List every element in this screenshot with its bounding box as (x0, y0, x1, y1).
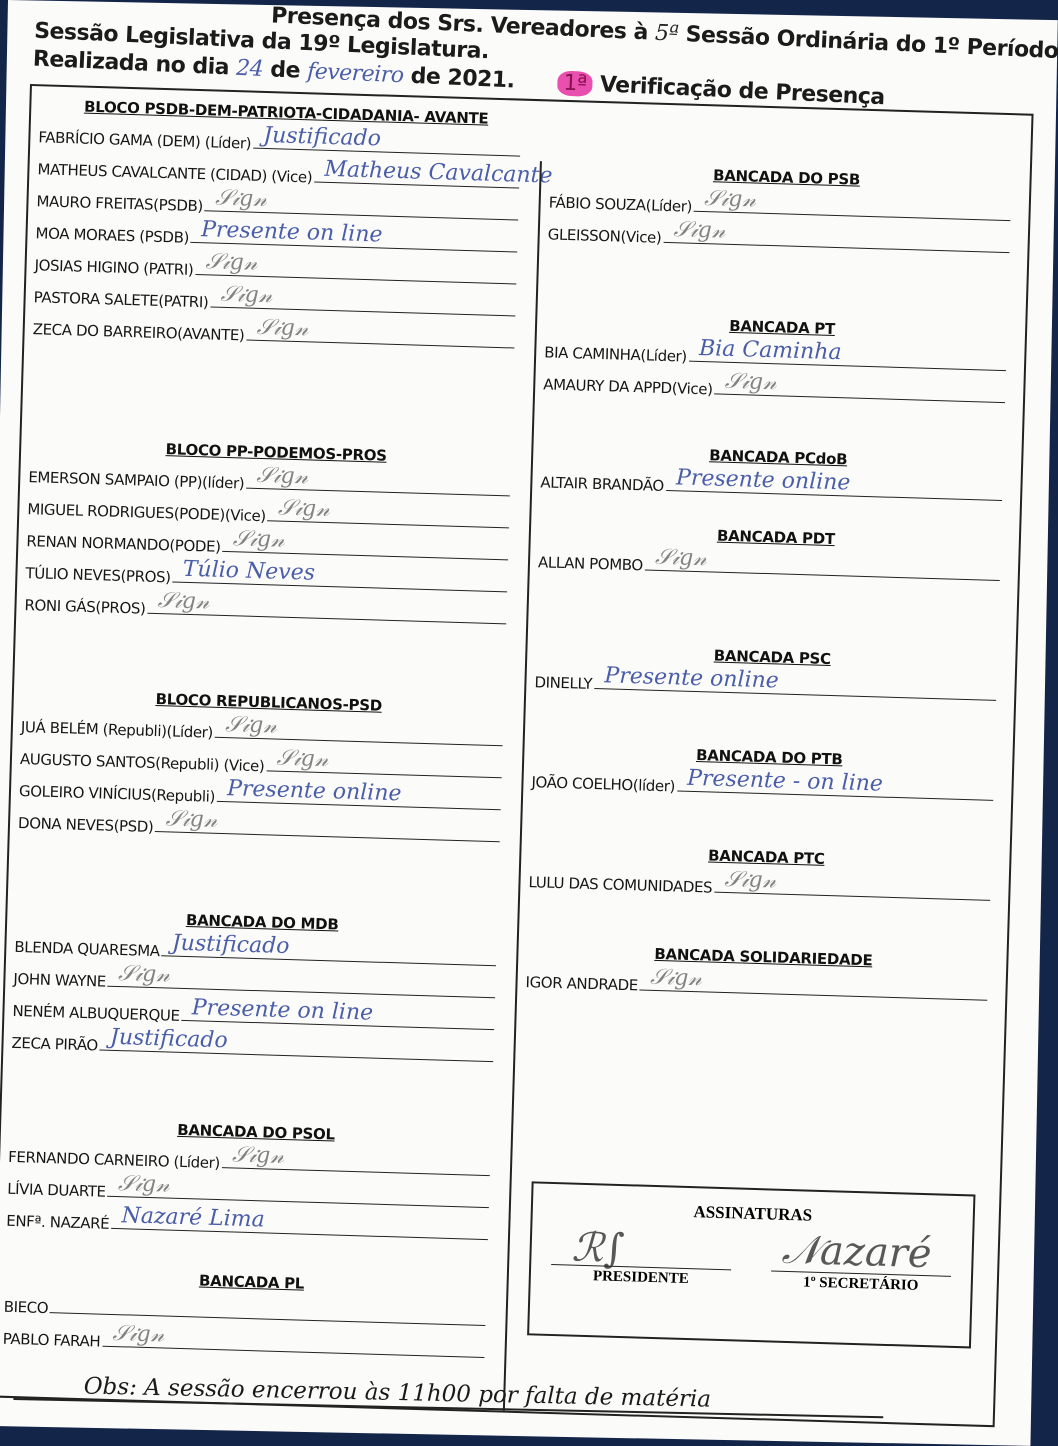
member-name: ALTAIR BRANDÃO (540, 473, 664, 495)
left-column: BLOCO PSDB-DEM-PATRIOTA-CIDADANIA- AVANT… (0, 146, 540, 1411)
member-entry: Túlio Neves (182, 557, 315, 586)
member-entry: Presente - on line (687, 766, 883, 797)
member-entry: 𝒮𝒾𝑔𝓃 (118, 961, 170, 988)
bloc-2: BLOCO REPUBLICANOS-PSDJUÁ BELÉM (Republi… (10, 686, 524, 847)
verification-number: 1ª (557, 70, 593, 97)
president-label: PRESIDENTE (551, 1264, 732, 1289)
member-entry: 𝒮𝒾𝑔𝓃 (704, 186, 756, 213)
signature-line[interactable]: 𝒮𝒾𝑔𝓃 (714, 369, 1005, 403)
member-entry: Justificado (263, 123, 381, 151)
signatures-box: ASSINATURAS ℛ∫ 𝒩azaré PRESIDENTE 1º SECR… (527, 1181, 975, 1348)
signature-line[interactable]: Presente online (217, 777, 502, 810)
bloc-7: BANCADA SOLIDARIEDADEIGOR ANDRADE𝒮𝒾𝑔𝓃 (517, 941, 1008, 1006)
right-column: ASSINATURAS ℛ∫ 𝒩azaré PRESIDENTE 1º SECR… (503, 161, 1032, 1425)
bloc-5: BANCADA DO PTBJOÃO COELHO(líder)Presente… (523, 741, 1014, 806)
bloc-0: BLOCO PSDB-DEM-PATRIOTA-CIDADANIA- AVANT… (24, 96, 541, 353)
session-month: fevereiro (307, 59, 404, 88)
member-name: AMAURY DA APPD(Vice) (543, 375, 713, 398)
member-entry: Nazaré Lima (121, 1203, 265, 1232)
signature-line[interactable]: Presente - on line (677, 767, 994, 801)
member-name: IGOR ANDRADE (525, 973, 638, 994)
member-name: LULU DAS COMUNIDADES (528, 873, 712, 896)
signature-line[interactable]: 𝒮𝒾𝑔𝓃 (246, 316, 515, 349)
bloc-5: BANCADA PLBIECOPABLO FARAH𝒮𝒾𝑔𝓃 (0, 1266, 507, 1363)
member-name: JOÃO COELHO(líder) (531, 773, 675, 795)
signature-line[interactable]: 𝒮𝒾𝑔𝓃 (222, 527, 508, 560)
signature-line[interactable]: Matheus Cavalcante (314, 157, 520, 188)
attendance-document: Presença dos Srs. Vereadores à 5ª Sessão… (0, 0, 1058, 1426)
member-name: PABLO FARAH (2, 1330, 100, 1351)
signature-line[interactable]: 𝒮𝒾𝑔𝓃 (640, 965, 988, 1000)
member-entry: 𝒮𝒾𝑔𝓃 (215, 186, 267, 213)
member-name: DINELLY (534, 673, 592, 693)
member-entry: 𝒮𝒾𝑔𝓃 (724, 867, 776, 894)
signature-line[interactable]: 𝒮𝒾𝑔𝓃 (215, 713, 504, 747)
member-entry: Presente online (676, 465, 851, 495)
signature-line[interactable]: 𝒮𝒾𝑔𝓃 (266, 746, 502, 778)
bloc-6: BANCADA PTCLULU DAS COMUNIDADES𝒮𝒾𝑔𝓃 (520, 841, 1011, 906)
member-entry: 𝒮𝒾𝑔𝓃 (232, 1142, 284, 1169)
signature-line[interactable]: 𝒮𝒾𝑔𝓃 (645, 545, 1001, 581)
member-entry: 𝒮𝒾𝑔𝓃 (724, 369, 776, 396)
member-entry: 𝒮𝒾𝑔𝓃 (157, 588, 209, 615)
member-entry: 𝒮𝒾𝑔𝓃 (225, 712, 277, 739)
member-entry: 𝒮𝒾𝑔𝓃 (673, 217, 725, 244)
signature-line[interactable]: Bia Caminha (689, 337, 1007, 371)
signature-line[interactable]: 𝒮𝒾𝑔𝓃 (694, 187, 1011, 221)
member-name: ZECA DO BARREIRO(AVANTE) (32, 320, 244, 344)
member-entry: Presente online (604, 663, 779, 693)
member-entry: Presente on line (201, 217, 383, 247)
member-entry: Justificado (172, 931, 290, 959)
bloc-3: BANCADA PDTALLAN POMBO𝒮𝒾𝑔𝓃 (530, 521, 1021, 586)
member-entry: 𝒮𝒾𝑔𝓃 (118, 1171, 170, 1198)
member-entry: Presente on line (191, 995, 373, 1025)
member-entry: 𝒮𝒾𝑔𝓃 (276, 746, 328, 773)
secretary-label: 1º SECRETÁRIO (771, 1271, 952, 1296)
member-name: ENFª. NAZARÉ (6, 1212, 110, 1233)
member-entry: 𝒮𝒾𝑔𝓃 (650, 965, 702, 992)
member-entry: Matheus Cavalcante (324, 157, 553, 189)
member-name: GLEISSON(Vice) (547, 225, 661, 246)
signature-line[interactable]: 𝒮𝒾𝑔𝓃 (663, 218, 1010, 253)
signature-line[interactable]: Justificado (253, 124, 521, 157)
signature-line[interactable]: 𝒮𝒾𝑔𝓃 (210, 282, 516, 316)
member-name: ALLAN POMBO (538, 553, 643, 574)
attendance-grid: BLOCO PSDB-DEM-PATRIOTA-CIDADANIA- AVANT… (0, 84, 1034, 1426)
member-name: ZECA PIRÃO (11, 1034, 98, 1055)
signature-line[interactable]: Presente online (666, 466, 1003, 501)
signature-line[interactable]: 𝒮𝒾𝑔𝓃 (714, 868, 991, 901)
signature-line[interactable]: 𝒮𝒾𝑔𝓃 (147, 589, 507, 625)
member-entry: 𝒮𝒾𝑔𝓃 (112, 1321, 164, 1348)
signature-line[interactable]: 𝒮𝒾𝑔𝓃 (205, 186, 519, 220)
member-entry: Bia Caminha (699, 336, 842, 365)
signature-line[interactable]: 𝒮𝒾𝑔𝓃 (246, 464, 511, 497)
bloc-1: BLOCO PP-PODEMOS-PROSEMERSON SAMPAIO (PP… (16, 436, 531, 629)
member-entry: 𝒮𝒾𝑔𝓃 (256, 463, 308, 490)
member-entry: 𝒮𝒾𝑔𝓃 (232, 526, 284, 553)
bloc-3: BANCADA DO MDBBLENDA QUARESMAJustificado… (3, 906, 517, 1067)
bloc-4: BANCADA DO PSOLFERNANDO CARNEIRO (Líder)… (0, 1116, 511, 1245)
member-name: DONA NEVES(PSD) (18, 814, 154, 836)
member-entry: 𝒮𝒾𝑔𝓃 (205, 249, 257, 276)
member-entry: 𝒮𝒾𝑔𝓃 (655, 545, 707, 572)
bloc-1: BANCADA PTBIA CAMINHA(Líder)Bia CaminhaA… (535, 311, 1027, 408)
member-entry: Presente online (227, 776, 402, 806)
signature-line[interactable]: 𝒮𝒾𝑔𝓃 (195, 250, 517, 285)
signature-line[interactable]: Presente on line (181, 996, 494, 1030)
signature-line[interactable]: 𝒮𝒾𝑔𝓃 (155, 807, 500, 842)
signature-line[interactable]: 𝒮𝒾𝑔𝓃 (268, 496, 510, 528)
member-name: RONI GÁS(PROS) (24, 596, 145, 618)
secretary-signature: 𝒩azaré (781, 1227, 932, 1277)
session-day: 24 (236, 56, 264, 82)
member-name: BIECO (3, 1298, 48, 1317)
member-entry: 𝒮𝒾𝑔𝓃 (220, 282, 272, 309)
session-number: 5ª (655, 21, 680, 47)
member-entry: 𝒮𝒾𝑔𝓃 (165, 806, 217, 833)
member-entry: Justificado (110, 1025, 228, 1053)
bloc-2: BANCADA PCdoBALTAIR BRANDÃOPresente onli… (532, 441, 1023, 506)
bloc-0: BANCADA DO PSBFÁBIO SOUZA(Líder)𝒮𝒾𝑔𝓃GLEI… (540, 161, 1032, 258)
member-entry: 𝒮𝒾𝑔𝓃 (256, 315, 308, 342)
bloc-4: BANCADA PSCDINELLYPresente online (526, 641, 1017, 706)
signature-line[interactable]: 𝒮𝒾𝑔𝓃 (222, 1143, 491, 1176)
member-entry: 𝒮𝒾𝑔𝓃 (278, 496, 330, 523)
